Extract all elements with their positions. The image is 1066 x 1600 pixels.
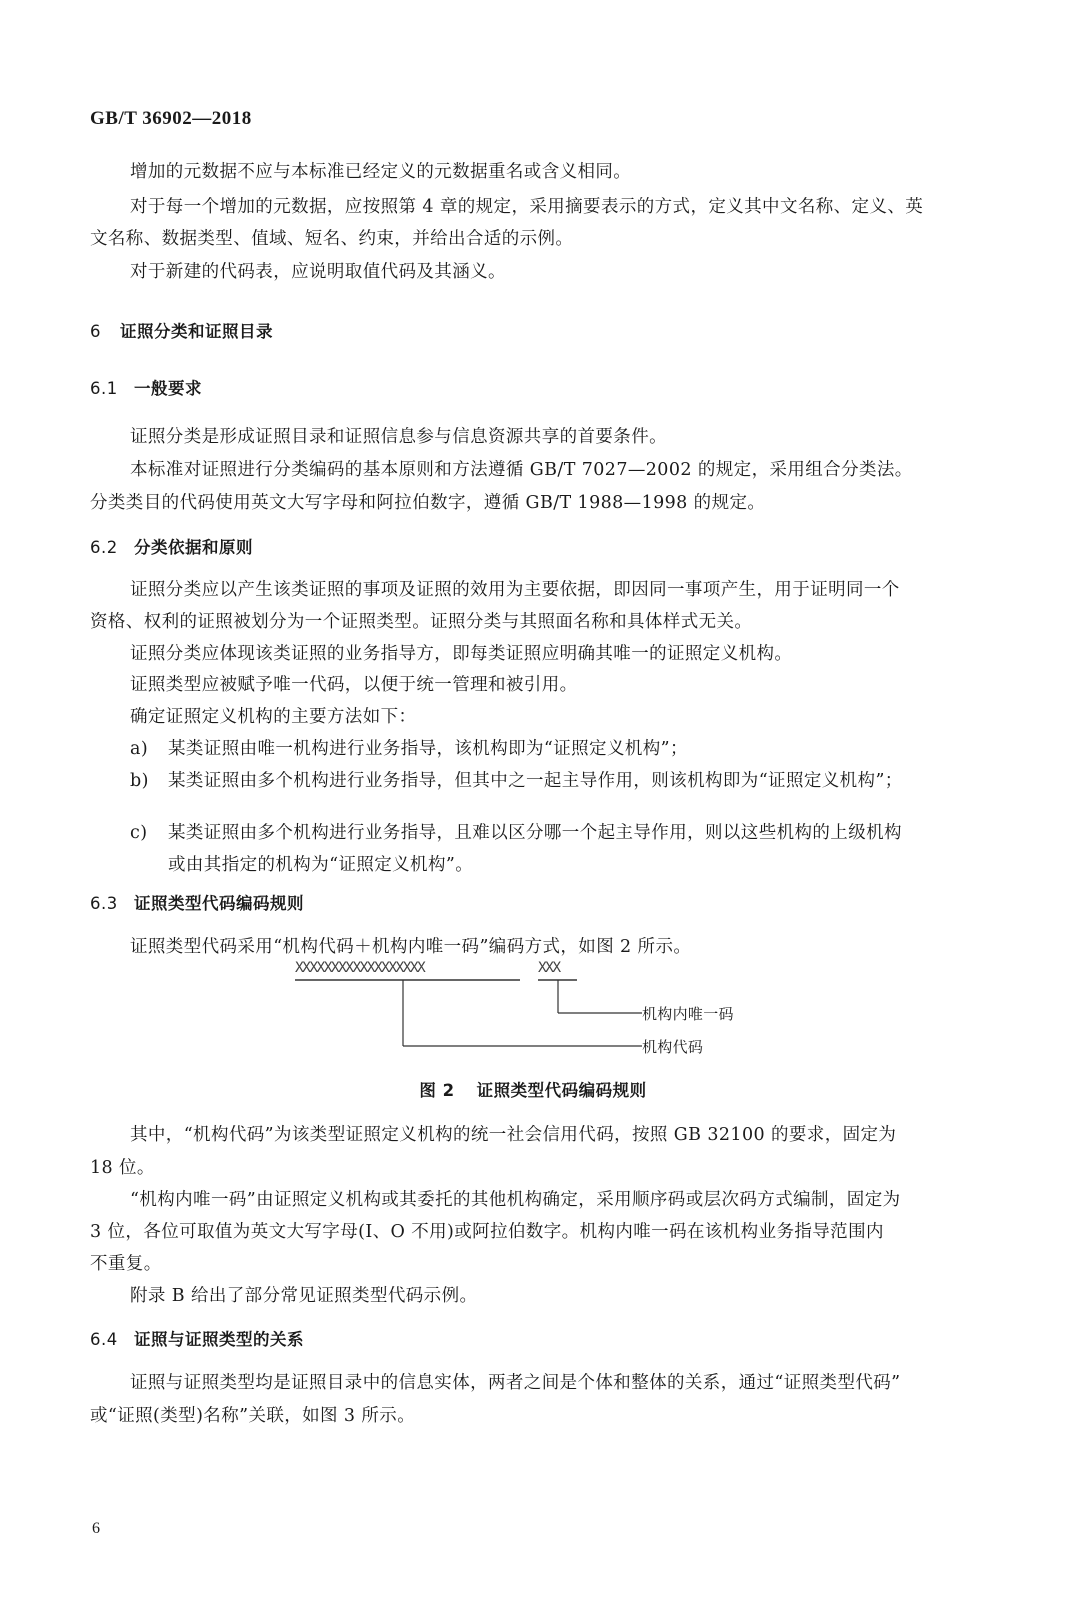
paragraph-continuation: 文名称、数据类型、值域、短名、约束，并给出合适的示例。 [90,222,573,256]
paragraph: 证照类型代码采用“机构代码＋机构内唯一码”编码方式，如图 2 所示。 [130,930,691,964]
list-marker: b) [130,764,168,798]
list-marker: a) [130,732,168,766]
page-number: 6 [92,1520,100,1538]
list-text: 某类证照由多个机构进行业务指导，但其中之一起主导作用，则该机构即为“证照定义机构… [168,771,903,791]
document-page: GB/T 36902—2018 增加的元数据不应与本标准已经定义的元数据重名或含… [0,0,1066,1600]
paragraph: 确定证照定义机构的主要方法如下： [130,700,416,734]
list-item-a: a)某类证照由唯一机构进行业务指导，该机构即为“证照定义机构”； [130,732,688,766]
standard-code-header: GB/T 36902—2018 [90,108,252,130]
label-organization-code: 机构代码 [642,1036,703,1057]
paragraph: 证照类型应被赋予唯一代码，以便于统一管理和被引用。 [130,668,578,702]
section-title: 分类依据和原则 [134,538,253,557]
section-number: 6 [90,322,120,341]
code-long-placeholder: XXXXXXXXXXXXXXXXXX [295,960,424,976]
section-number: 6.4 [90,1330,134,1349]
list-text: 某类证照由唯一机构进行业务指导，该机构即为“证照定义机构”； [168,739,688,759]
list-item-c-continuation: 或由其指定的机构为“证照定义机构”。 [168,848,473,882]
section-heading-6-3: 6.3证照类型代码编码规则 [90,890,304,914]
section-title: 证照类型代码编码规则 [134,894,304,913]
paragraph-continuation: 或“证照(类型)名称”关联，如图 3 所示。 [90,1399,415,1433]
paragraph: “机构内唯一码”由证照定义机构或其委托的其他机构确定，采用顺序码或层次码方式编制… [130,1183,901,1217]
paragraph: 对于每一个增加的元数据，应按照第 4 章的规定，采用摘要表示的方式，定义其中文名… [130,190,923,224]
paragraph: 对于新建的代码表，应说明取值代码及其涵义。 [130,255,506,289]
section-heading-6-4: 6.4证照与证照类型的关系 [90,1326,304,1350]
paragraph: 本标准对证照进行分类编码的基本原则和方法遵循 GB/T 7027—2002 的规… [130,453,913,487]
paragraph: 证照分类是形成证照目录和证照信息参与信息资源共享的首要条件。 [130,420,667,454]
paragraph: 证照与证照类型均是证照目录中的信息实体，两者之间是个体和整体的关系，通过“证照类… [130,1366,901,1400]
section-number: 6.2 [90,538,134,557]
paragraph: 附录 B 给出了部分常见证照类型代码示例。 [130,1279,477,1313]
figure-caption: 图 2证照类型代码编码规则 [0,1077,1066,1101]
paragraph-continuation: 资格、权利的证照被划分为一个证照类型。证照分类与其照面名称和具体样式无关。 [90,605,752,639]
list-item-b: b)某类证照由多个机构进行业务指导，但其中之一起主导作用，则该机构即为“证照定义… [130,764,903,798]
paragraph-continuation: 不重复。 [90,1247,162,1281]
paragraph: 证照分类应以产生该类证照的事项及证照的效用为主要依据，即因同一事项产生，用于证明… [130,573,900,607]
code-structure-diagram: XXXXXXXXXXXXXXXXXX XXX 机构内唯一码 机构代码 [280,960,760,1060]
section-title: 证照与证照类型的关系 [134,1330,304,1349]
list-item-c: c)某类证照由多个机构进行业务指导，且难以区分哪一个起主导作用，则以这些机构的上… [130,816,902,850]
label-internal-unique-code: 机构内唯一码 [642,1003,734,1024]
section-title: 证照分类和证照目录 [120,322,273,341]
paragraph: 其中，“机构代码”为该类型证照定义机构的统一社会信用代码，按照 GB 32100… [130,1118,896,1152]
list-marker: c) [130,816,168,850]
paragraph: 证照分类应体现该类证照的业务指导方，即每类证照应明确其唯一的证照定义机构。 [130,637,792,671]
paragraph-continuation: 18 位。 [90,1151,155,1185]
section-number: 6.3 [90,894,134,913]
paragraph: 增加的元数据不应与本标准已经定义的元数据重名或含义相同。 [130,155,631,189]
section-number: 6.1 [90,379,134,398]
list-text: 某类证照由多个机构进行业务指导，且难以区分哪一个起主导作用，则以这些机构的上级机… [168,823,902,843]
section-title: 一般要求 [134,379,202,398]
section-heading-6-1: 6.1一般要求 [90,375,202,399]
section-heading-6: 6证照分类和证照目录 [90,318,273,342]
code-short-placeholder: XXX [538,960,560,976]
paragraph-continuation: 分类类目的代码使用英文大写字母和阿拉伯数字，遵循 GB/T 1988—1998 … [90,486,765,520]
figure-number: 图 2 [419,1081,454,1100]
section-heading-6-2: 6.2分类依据和原则 [90,534,253,558]
paragraph-continuation: 3 位，各位可取值为英文大写字母(I、O 不用)或阿拉伯数字。机构内唯一码在该机… [90,1215,884,1249]
figure-title: 证照类型代码编码规则 [477,1081,647,1100]
